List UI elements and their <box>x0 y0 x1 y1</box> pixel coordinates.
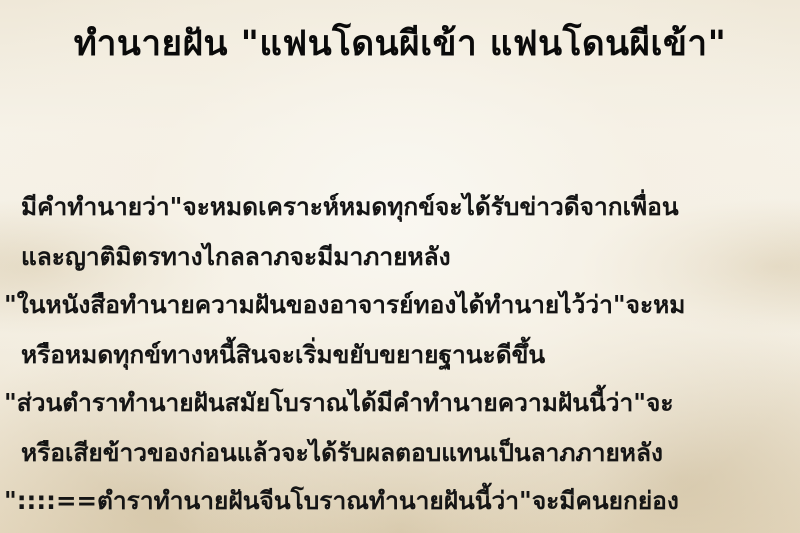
dream-interpretation-card: ทำนายฝัน "แฟนโดนผีเข้า แฟนโดนผีเข้า" มีค… <box>0 0 800 533</box>
page-title: ทำนายฝัน "แฟนโดนผีเข้า แฟนโดนผีเข้า" <box>0 14 800 74</box>
paragraph-line: หรือหมดทุกข์ทางหนี้สินจะเริ่มขยับขยายฐาน… <box>21 338 545 372</box>
paragraph-line: "ในหนังสือทำนายความฝันของอาจารย์ทองได้ทำ… <box>4 288 685 322</box>
paragraph-line: "::::==ตำราทำนายฝันจีนโบราณทำนายฝันนี้ว่… <box>4 484 679 518</box>
paragraph-line: หรือเสียข้าวของก่อนแล้วจะได้รับผลตอบแทนเ… <box>21 436 663 470</box>
paragraph-line: มีคำทำนายว่า"จะหมดเคราะห์หมดทุกข์จะได้รั… <box>21 190 679 224</box>
paragraph-line: และญาติมิตรทางไกลลาภจะมีมาภายหลัง <box>21 240 451 274</box>
paragraph-line: "ส่วนตำราทำนายฝันสมัยโบราณได้มีคำทำนายคว… <box>4 386 674 420</box>
